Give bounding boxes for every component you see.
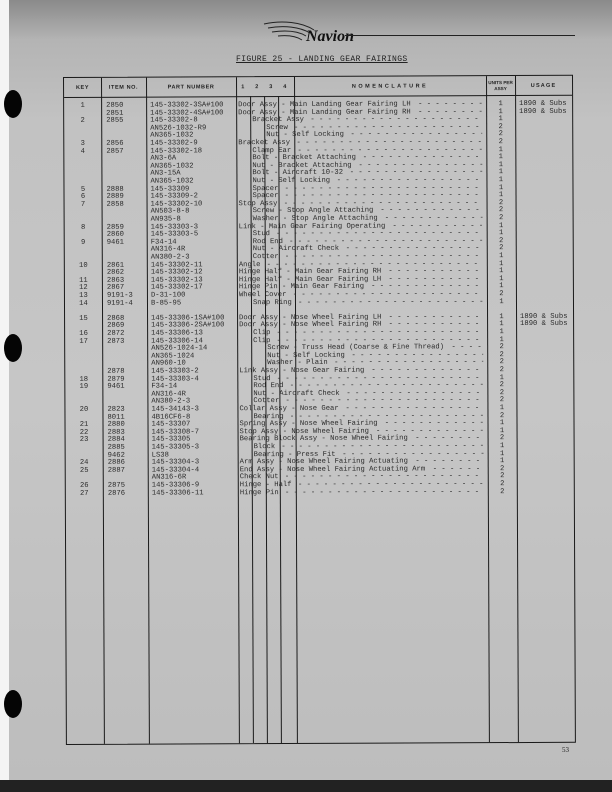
row-key: 19 <box>65 384 102 392</box>
row-part-number: 145-33306-11 <box>152 490 204 498</box>
binder-hole-top <box>4 90 22 118</box>
row-item-no: 2855 <box>106 118 123 126</box>
row-key: 7 <box>65 202 102 210</box>
logo-underline <box>345 35 575 36</box>
row-units-per-assy: 1 <box>487 299 516 307</box>
row-units-per-assy: 2 <box>488 489 517 497</box>
parts-table: KEY ITEM NO. PART NUMBER 1 2 3 4 NOMENCL… <box>63 75 576 745</box>
row-key: 4 <box>64 148 101 156</box>
binder-hole-middle <box>4 334 22 362</box>
leader-dashes: - - - - - - - - - - - - - - - - - - - - … <box>285 489 484 497</box>
binder-hole-bottom <box>4 690 22 718</box>
col-divider <box>146 78 150 744</box>
row-nomenclature: Hinge Pin <box>240 490 279 498</box>
header-item-no: ITEM NO. <box>101 78 146 97</box>
leader-dashes: - - - - - - - - - - - - - - - - - - - - … <box>298 299 483 307</box>
row-key: 23 <box>66 437 103 445</box>
row-usage: 1890 & Subs <box>520 321 567 329</box>
header-part-number: PART NUMBER <box>146 77 236 96</box>
row-item-no: 9191-4 <box>107 300 133 308</box>
row-key: 1 <box>64 103 101 111</box>
row-usage: 1890 & Subs <box>519 108 566 116</box>
row-part-number: B-85-95 <box>151 300 181 308</box>
row-item-no: 2887 <box>108 468 125 476</box>
navion-logo-icon: Navion <box>262 16 382 46</box>
row-item-no: 2858 <box>107 202 124 210</box>
header-level-3: 3 <box>264 77 278 96</box>
leader-dashes: - - - - - - - - - - - - - - - - - - - - … <box>452 344 484 352</box>
row-item-no: 9461 <box>107 240 124 248</box>
row-item-no: 2876 <box>108 490 125 498</box>
scan-margin <box>0 0 9 792</box>
header-usage: USAGE <box>515 76 572 95</box>
row-key: 14 <box>65 300 102 308</box>
header-level-4: 4 <box>278 77 292 96</box>
scan-edge <box>0 780 612 792</box>
row-key: 17 <box>65 338 102 346</box>
row-key: 20 <box>65 407 102 415</box>
row-item-no: 2857 <box>106 148 123 156</box>
header-units-per-assy: UNITS PER ASSY <box>486 76 515 95</box>
svg-text:Navion: Navion <box>305 28 354 45</box>
row-key: 2 <box>64 118 101 126</box>
header-nomenclature: NOMENCLATURE <box>294 76 486 96</box>
page-number: 53 <box>562 746 569 754</box>
row-key: 25 <box>66 468 103 476</box>
row-key: 15 <box>65 316 102 324</box>
row-item-no: 2873 <box>107 338 124 346</box>
row-key: 9 <box>65 240 102 248</box>
row-item-no: 9461 <box>107 384 124 392</box>
row-key: 27 <box>66 490 103 498</box>
header-level-2: 2 <box>250 77 264 96</box>
row-key: 8 <box>65 224 102 232</box>
header-key: KEY <box>64 78 101 97</box>
header-level-1: 1 <box>236 77 250 96</box>
row-key: 10 <box>65 262 102 270</box>
figure-title: FIGURE 25 - LANDING GEAR FAIRINGS <box>236 55 408 64</box>
row-nomenclature: Snap Ring <box>253 300 292 308</box>
